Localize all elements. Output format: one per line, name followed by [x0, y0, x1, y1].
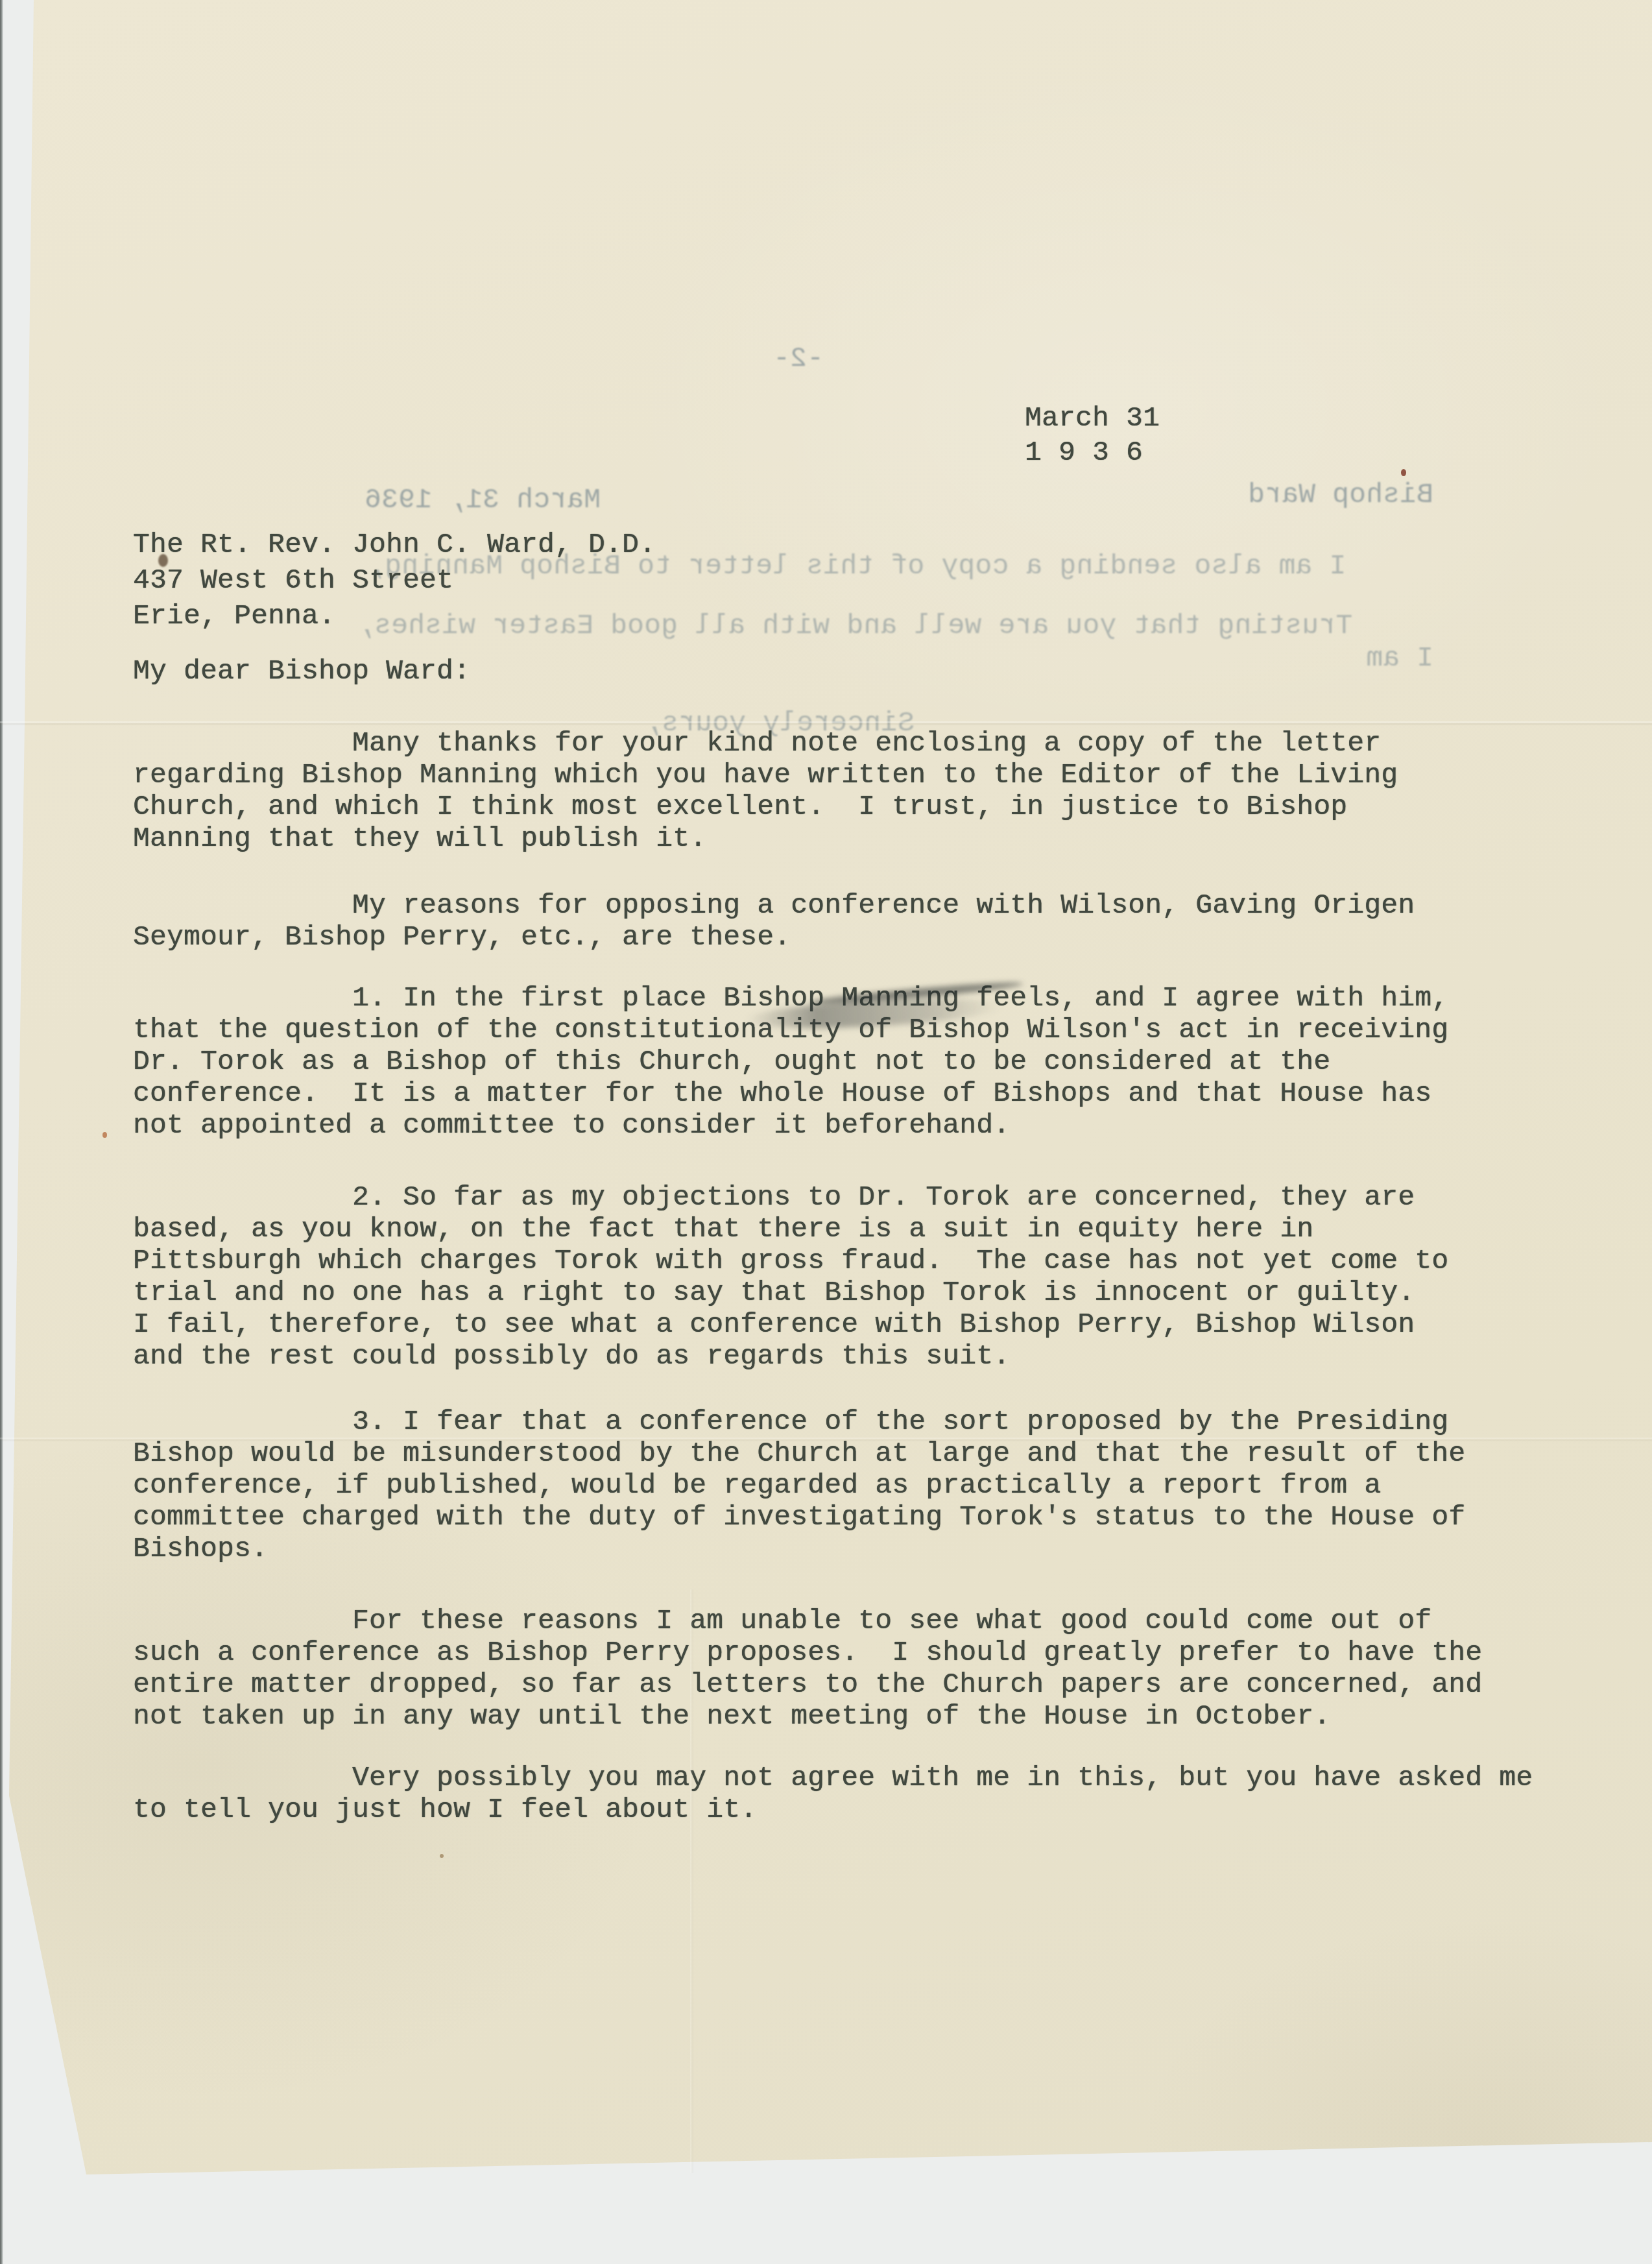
paragraph-4: 2. So far as my objections to Dr. Torok … [133, 1181, 1448, 1372]
ghost-page-number: -2- [773, 343, 824, 374]
ghost-line-i-am: I am [1366, 642, 1433, 674]
salutation: My dear Bishop Ward: [133, 655, 470, 687]
paragraph-2: My reasons for opposing a conference wit… [133, 889, 1415, 953]
ghost-date: March 31, 1936 [365, 484, 601, 516]
paragraph-6: For these reasons I am unable to see wha… [133, 1605, 1482, 1732]
scanner-edge-shadow [0, 0, 3, 2264]
letter-date: March 31 1 9 3 6 [1025, 401, 1160, 470]
paragraph-5: 3. I fear that a conference of the sort … [133, 1406, 1465, 1565]
paragraph-3: 1. In the first place Bishop Manning fee… [133, 982, 1448, 1141]
paragraph-7: Very possibly you may not agree with me … [133, 1762, 1533, 1825]
recipient-address: The Rt. Rev. John C. Ward, D.D. 437 West… [133, 527, 656, 634]
paragraph-1: Many thanks for your kind note enclosing… [133, 727, 1398, 854]
scanned-letter-page: -2- March 31, 1936 Bishop Ward I am also… [0, 0, 1652, 2264]
ghost-addressee: Bishop Ward [1248, 479, 1433, 511]
